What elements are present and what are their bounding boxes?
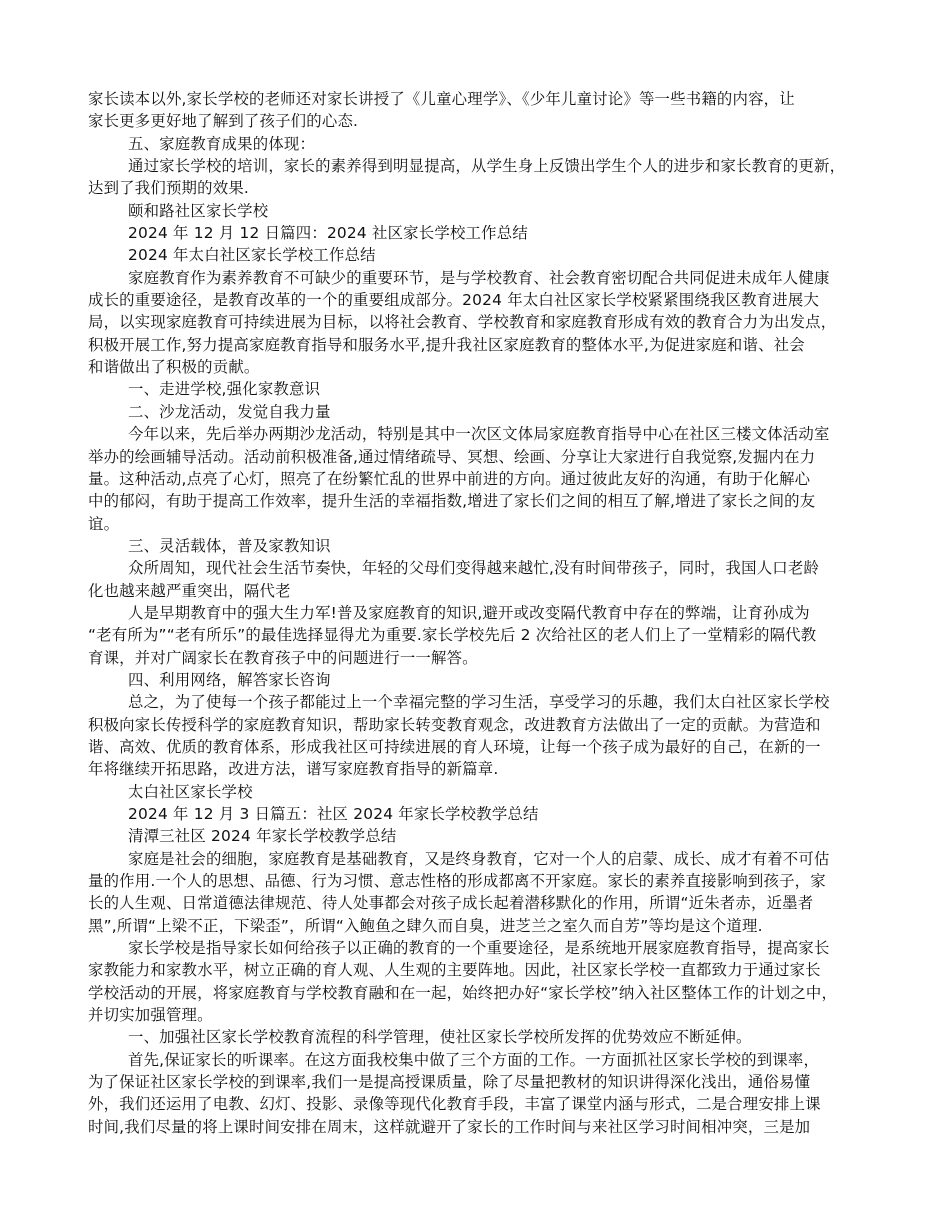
text-line: 通过家长学校的培训，家长的素养得到明显提高，从学生身上反馈出学生个人的进步和家长… [88, 155, 878, 177]
text-line: 众所周知，现代社会生活节奏快，年轻的父母们变得越来越忙,没有时间带孩子，同时，我… [88, 557, 878, 579]
text-line: 二、沙龙活动，发觉自我力量 [88, 401, 878, 423]
text-line: 今年以来，先后举办两期沙龙活动，特别是其中一次区文体局家庭教育指导中心在社区三楼… [88, 423, 878, 445]
text-line: 首先,保证家长的听课率。在这方面我校集中做了三个方面的工作。一方面抓社区家长学校… [88, 1049, 878, 1071]
text-line: 五、家庭教育成果的体现： [88, 133, 878, 155]
text-line: 达到了我们预期的效果. [88, 177, 878, 199]
text-line: 局，以实现家庭教育可持续进展为目标，以将社会教育、学校教育和家庭教育形成有效的教… [88, 311, 878, 333]
text-line: 学校活动的开展，将家庭教育与学校教育融和在一起，始终把办好“家长学校”纳入社区整… [88, 982, 878, 1004]
text-line: 积极向家长传授科学的家庭教育知识，帮助家长转变教育观念，改进教育方法做出了一定的… [88, 714, 878, 736]
document-page: 家长读本以外,家长学校的老师还对家长讲授了《儿童心理学》、《少年儿童讨论》等一些… [88, 88, 878, 1138]
text-line: 和谐做出了积极的贡献。 [88, 356, 878, 378]
text-line: 家长更多更好地了解到了孩子们的心态. [88, 110, 878, 132]
text-line: 家庭是社会的细胞，家庭教育是基础教育，又是终身教育，它对一个人的启蒙、成长、成才… [88, 848, 878, 870]
text-line: 三、灵活载体，普及家教知识 [88, 535, 878, 557]
text-line: 总之，为了使每一个孩子都能过上一个幸福完整的学习生活，享受学习的乐趣，我们太白社… [88, 691, 878, 713]
text-line: 太白社区家长学校 [88, 781, 878, 803]
text-line: 举办的绘画辅导活动。活动前积极准备,通过情绪疏导、冥想、绘画、分享让大家进行自我… [88, 446, 878, 468]
text-line: 一、加强社区家长学校教育流程的科学管理，使社区家长学校所发挥的优势效应不断延伸。 [88, 1026, 878, 1048]
text-line: 成长的重要途径，是教育改革的一个的重要组成部分。2024 年太白社区家长学校紧紧… [88, 289, 878, 311]
text-line: 化也越来越严重突出，隔代老 [88, 580, 878, 602]
text-line: 2024 年 12 月 12 日篇四：2024 社区家长学校工作总结 [88, 222, 878, 244]
text-line: 四、利用网络，解答家长咨询 [88, 669, 878, 691]
text-line: 育课，并对广阔家长在教育孩子中的问题进行一一解答。 [88, 647, 878, 669]
text-line: 2024 年太白社区家长学校工作总结 [88, 244, 878, 266]
text-line: 家长学校是指导家长如何给孩子以正确的教育的一个重要途径，是系统地开展家庭教育指导… [88, 937, 878, 959]
text-line: 量。这种活动,点亮了心灯，照亮了在纷繁忙乱的世界中前进的方向。通过彼此友好的沟通… [88, 468, 878, 490]
text-line: 人是早期教育中的强大生力军!普及家庭教育的知识,避开或改变隔代教育中存在的弊端，… [88, 602, 878, 624]
document-body: 家长读本以外,家长学校的老师还对家长讲授了《儿童心理学》、《少年儿童讨论》等一些… [88, 88, 878, 1138]
text-line: 年将继续开拓思路，改进方法，谱写家庭教育指导的新篇章. [88, 758, 878, 780]
text-line: 中的郁闷，有助于提高工作效率，提升生活的幸福指数,增进了家长们之间的相互了解,增… [88, 490, 878, 512]
text-line: 积极开展工作,努力提高家庭教育指导和服务水平,提升我社区家庭教育的整体水平,为促… [88, 334, 878, 356]
text-line: 2024 年 12 月 3 日篇五：社区 2024 年家长学校教学总结 [88, 803, 878, 825]
text-line: 外，我们还运用了电教、幻灯、投影、录像等现代化教育手段，丰富了课堂内涵与形式，二… [88, 1093, 878, 1115]
text-line: 为了保证社区家长学校的到课率,我们一是提高授课质量，除了尽量把教材的知识讲得深化… [88, 1071, 878, 1093]
text-line: 清潭三社区 2024 年家长学校教学总结 [88, 825, 878, 847]
text-line: 谊。 [88, 513, 878, 535]
text-line: 量的作用.一个人的思想、品德、行为习惯、意志性格的形成都离不开家庭。家长的素养直… [88, 870, 878, 892]
text-line: 时间,我们尽量的将上课时间安排在周末，这样就避开了家长的工作时间与来社区学习时间… [88, 1116, 878, 1138]
text-line: 家长读本以外,家长学校的老师还对家长讲授了《儿童心理学》、《少年儿童讨论》等一些… [88, 88, 878, 110]
text-line: 颐和路社区家长学校 [88, 200, 878, 222]
text-line: 黑”,所谓“上梁不正，下梁歪”，所谓“入鲍鱼之肆久而自臭，进芝兰之室久而自芳”等… [88, 915, 878, 937]
text-line: 家教能力和家教水平，树立正确的育人观、人生观的主要阵地。因此，社区家长学校一直都… [88, 959, 878, 981]
text-line: 长的人生观、日常道德法律规范、待人处事都会对孩子成长起着潜移默化的作用，所谓“近… [88, 892, 878, 914]
text-line: 一、走进学校,强化家教意识 [88, 378, 878, 400]
text-line: “老有所为”“老有所乐”的最佳选择显得尤为重要.家长学校先后 2 次给社区的老人… [88, 624, 878, 646]
text-line: 谐、高效、优质的教育体系，形成我社区可持续进展的育人环境，让每一个孩子成为最好的… [88, 736, 878, 758]
text-line: 并切实加强管理。 [88, 1004, 878, 1026]
text-line: 家庭教育作为素养教育不可缺少的重要环节，是与学校教育、社会教育密切配合共同促进未… [88, 267, 878, 289]
